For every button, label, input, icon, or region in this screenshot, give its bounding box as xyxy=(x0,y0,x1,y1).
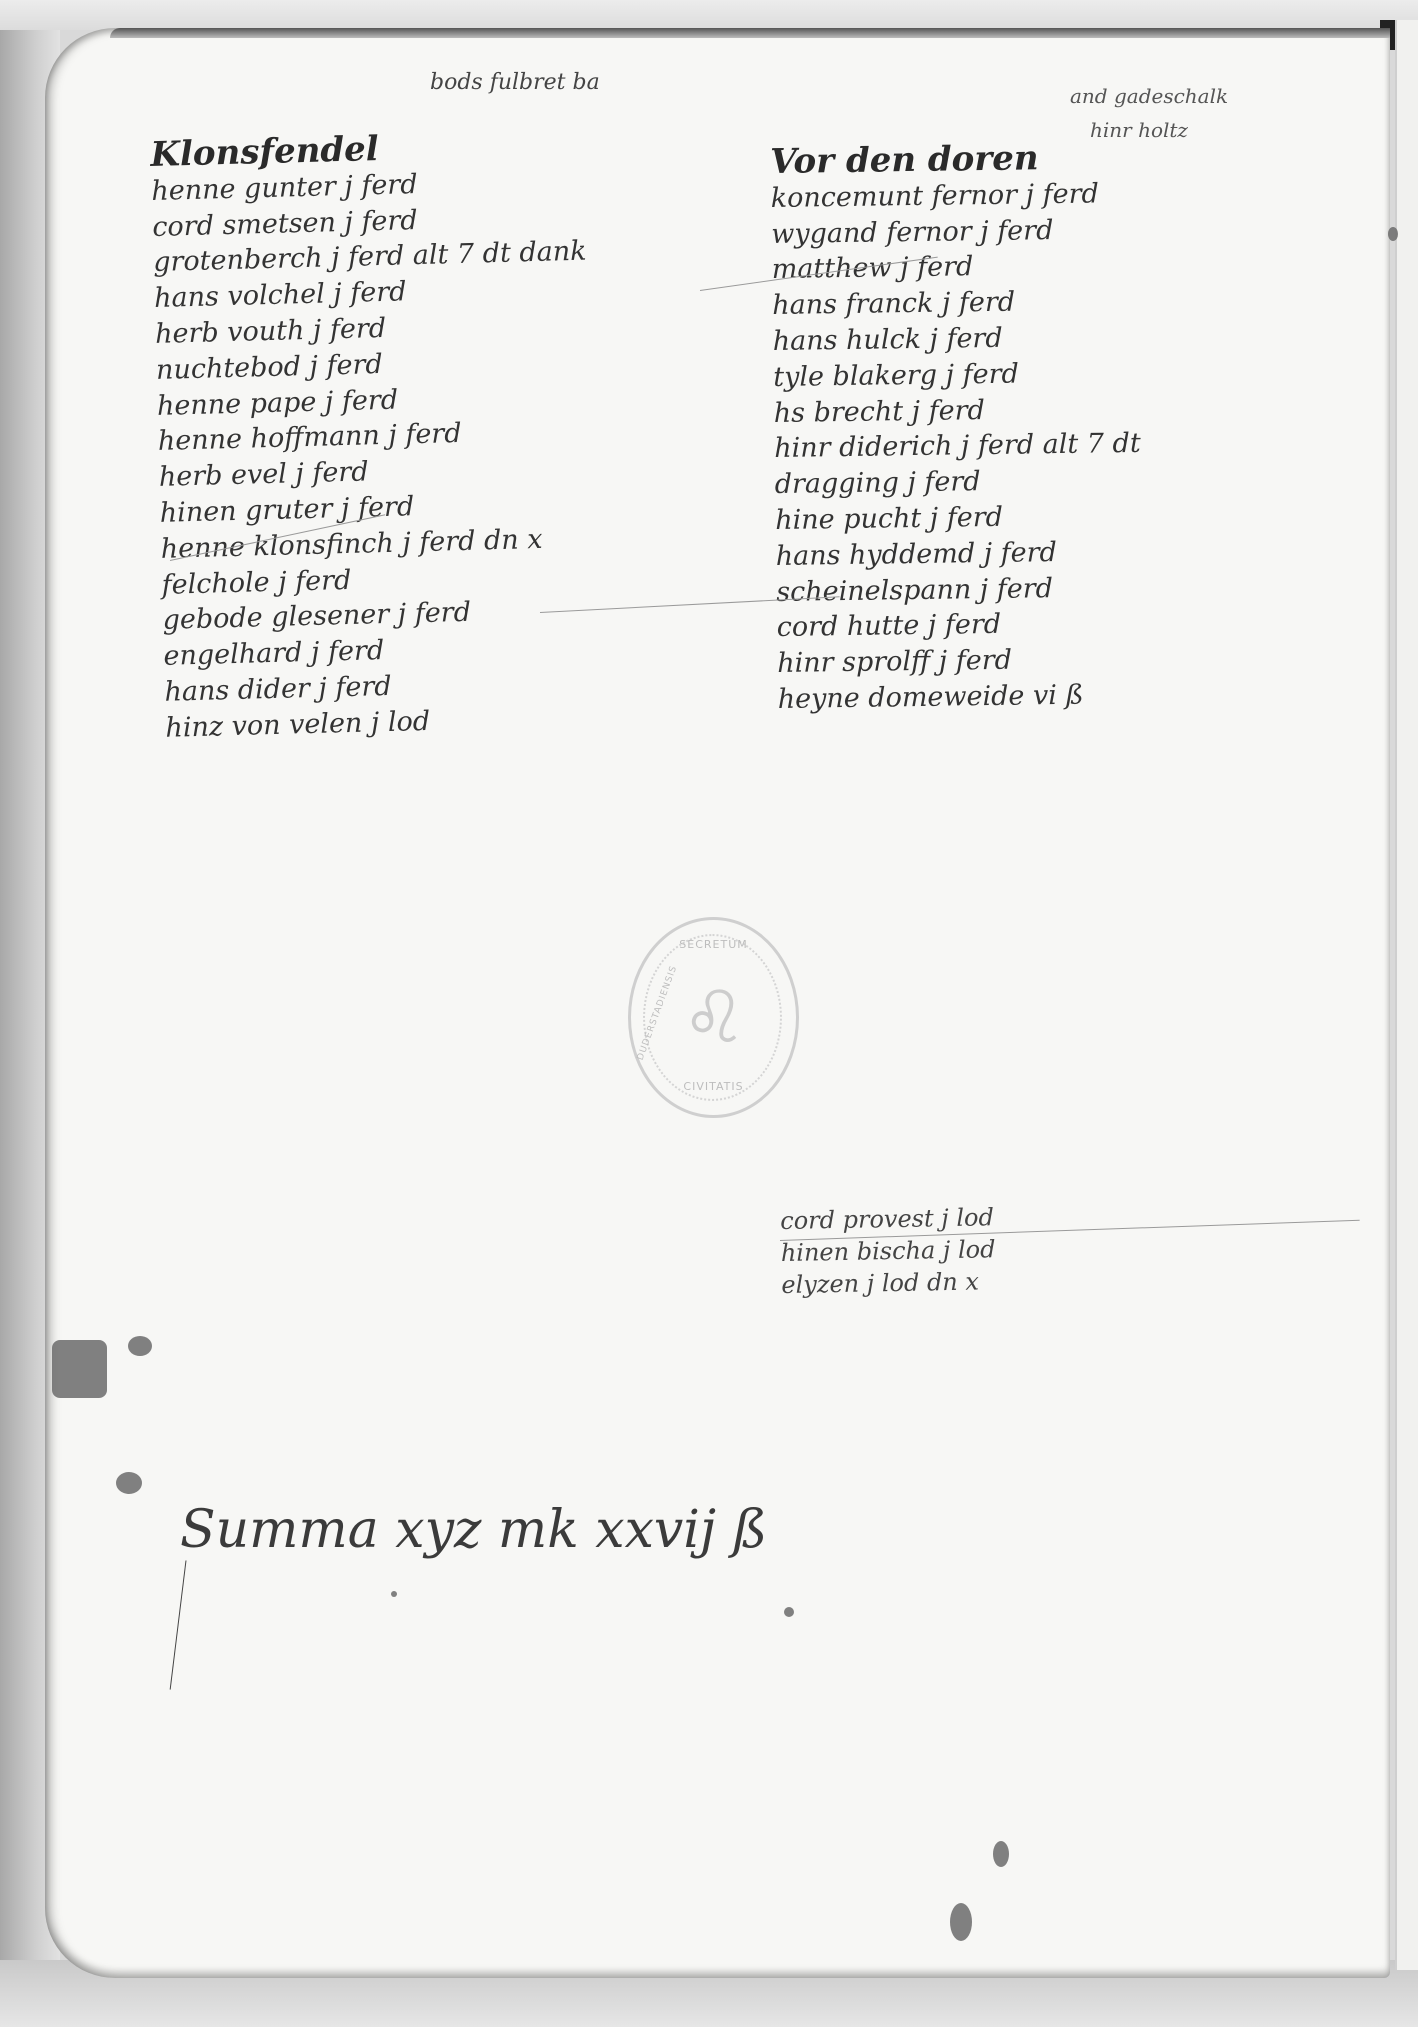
list-item: koncemunt fernor j ferd xyxy=(770,176,1137,217)
lion-icon: ♌ xyxy=(669,970,759,1065)
list-item: heyne domeweide vi ß xyxy=(777,677,1144,718)
ink-dot xyxy=(391,1591,397,1597)
seal-legend-top: SECRETUM xyxy=(631,938,796,951)
list-item: hinr diderich j ferd alt 7 dt xyxy=(774,426,1141,467)
ink-stain xyxy=(116,1472,142,1494)
left-column: Klonsfendel henne gunter j ferd cord sme… xyxy=(150,127,599,747)
ink-stain xyxy=(128,1336,152,1356)
page-top-edge xyxy=(110,28,1390,38)
list-item: wygand fernor j ferd xyxy=(771,211,1138,252)
list-item: elyzen j lod dn x xyxy=(781,1265,996,1301)
facing-page-edge xyxy=(1395,20,1418,1970)
list-item: hs brecht j ferd xyxy=(773,390,1140,431)
scan-background-top xyxy=(0,0,1418,30)
right-column: Vor den doren koncemunt fernor j ferd wy… xyxy=(770,140,1144,718)
list-item: hinr sprolff j ferd xyxy=(777,641,1144,682)
ink-stain xyxy=(52,1340,107,1398)
ink-stain xyxy=(993,1841,1009,1867)
list-item: tyle blakerg j ferd xyxy=(773,355,1140,396)
lower-list: cord provest j lod hinen bischa j lod el… xyxy=(780,1201,996,1301)
summa-total: Summa xyz mk xxvij ß xyxy=(180,1500,767,1560)
list-item: cord hutte j ferd xyxy=(776,605,1143,646)
ink-dot xyxy=(1388,227,1398,241)
ink-dot xyxy=(784,1607,794,1617)
archive-seal-stamp: SECRETUM CIVITATIS DUDERSTADIENSIS ♌ xyxy=(628,917,799,1118)
top-marginal-note: bods fulbret ba xyxy=(430,70,600,95)
list-item: hinen bischa j lod xyxy=(781,1233,996,1269)
list-item: dragging j ferd xyxy=(774,462,1141,503)
right-marginal-note-line-1: and gadeschalk xyxy=(1070,82,1228,110)
list-item: scheinelspann j ferd xyxy=(776,569,1143,610)
list-item: hine pucht j ferd xyxy=(775,498,1142,539)
list-item: hans hyddemd j ferd xyxy=(775,534,1142,575)
list-item: hans franck j ferd xyxy=(772,283,1139,324)
list-item: matthew j ferd xyxy=(771,247,1138,288)
seal-legend-right: CIVITATIS xyxy=(631,1080,796,1093)
right-column-heading: Vor den doren xyxy=(770,140,1137,181)
list-item: hans hulck j ferd xyxy=(772,319,1139,360)
list-item: cord provest j lod xyxy=(780,1201,995,1237)
ink-stain xyxy=(950,1903,972,1941)
